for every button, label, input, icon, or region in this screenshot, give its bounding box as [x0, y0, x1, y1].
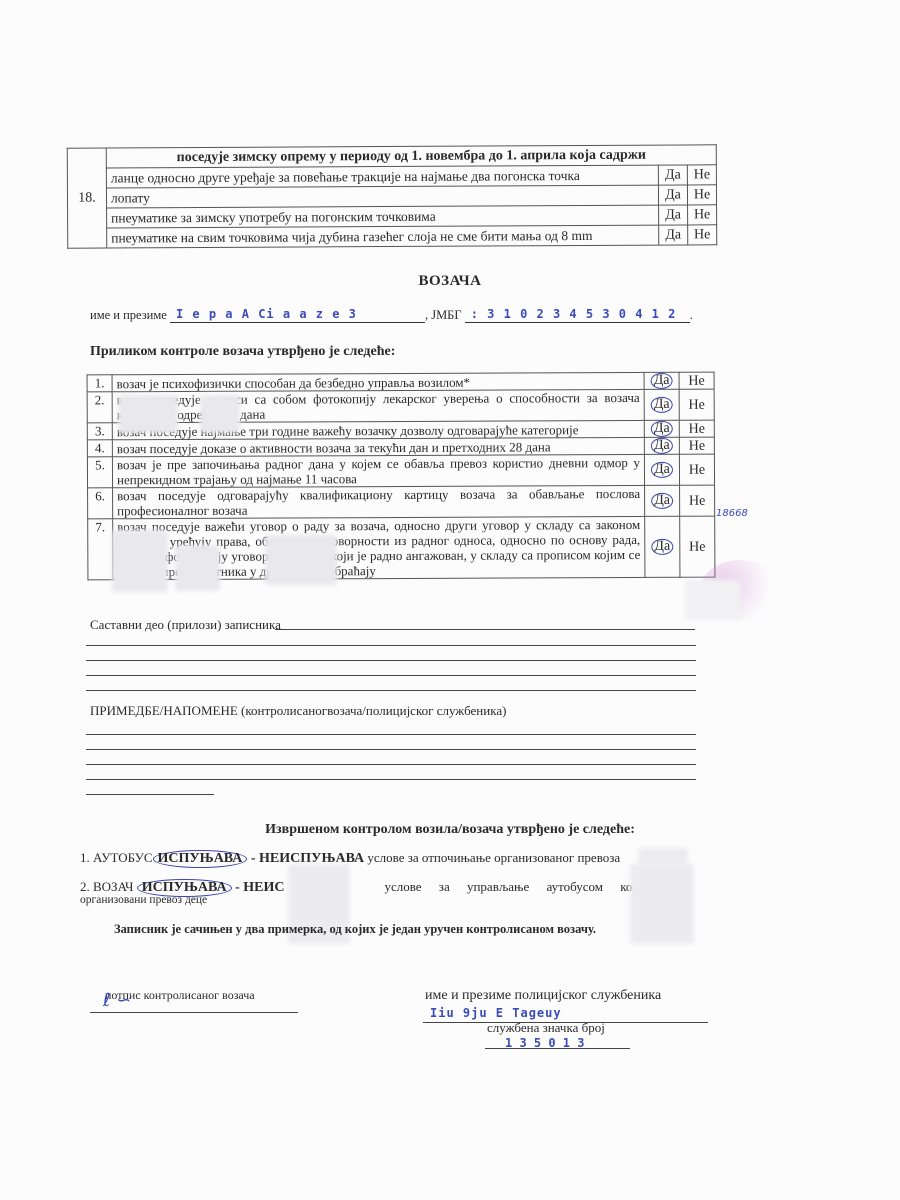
- yes-option[interactable]: Да: [659, 205, 688, 225]
- no-option[interactable]: Не: [688, 205, 717, 225]
- yes-circled: Да: [651, 438, 673, 454]
- check-number: 3.: [87, 423, 112, 440]
- closing-statement: Записник је сачињен у два примерка, од к…: [114, 922, 596, 937]
- finding-driver-suffix: услове за управљање аутобусом којим: [384, 879, 651, 894]
- name-value: I e p a A Ci a a z e 3: [176, 307, 357, 321]
- item-number: 18.: [67, 148, 107, 248]
- attachments-label: Саставни део (прилози) записника: [90, 617, 281, 633]
- no-option[interactable]: Не: [680, 516, 715, 577]
- no-option[interactable]: Не: [687, 165, 716, 185]
- document-page: 18. поседује зимску опрему у периоду од …: [0, 0, 900, 1200]
- finding-bus-suffix: услове за отпочињање организованог прево…: [364, 850, 620, 865]
- finding-driver-prefix: 2. ВОЗАЧ: [80, 879, 137, 894]
- yes-circled: Да: [651, 462, 673, 478]
- check-number: 2.: [87, 392, 112, 423]
- finding-bus: 1. АУТОБУСИСПУЊАВА - НЕИСПУЊАВА услове з…: [80, 850, 620, 868]
- jmbg-value: : 3 1 0 2 3 4 5 3 0 4 1 2: [471, 307, 677, 321]
- redaction: [175, 545, 220, 591]
- yes-option[interactable]: Да: [644, 372, 679, 389]
- yes-option[interactable]: Да: [659, 225, 688, 245]
- jmbg-field[interactable]: : 3 1 0 2 3 4 5 3 0 4 1 2: [465, 306, 690, 323]
- redaction: [112, 530, 168, 592]
- jmbg-label: , ЈМБГ: [425, 308, 462, 322]
- findings-title: Извршеном контролом возила/возача утврђе…: [0, 822, 900, 838]
- badge-line[interactable]: [485, 1048, 630, 1049]
- option-fulfills-selected[interactable]: ИСПУЊАВА: [153, 850, 248, 868]
- redaction: [630, 864, 694, 944]
- remarks-label: ПРИМЕДБЕ/НАПОМЕНЕ (контролисаногвозача/п…: [90, 703, 506, 719]
- table-row: пнеуматике на свим точковима чија дубина…: [68, 225, 717, 248]
- officer-name-value: Iiu 9ju E Tageuy: [430, 1006, 562, 1020]
- yes-option[interactable]: Да: [658, 185, 687, 205]
- yes-circled: Да: [651, 397, 673, 413]
- officer-name-label: име и презиме полицијског службеника: [425, 988, 661, 1004]
- yes-circled: Да: [651, 493, 673, 509]
- redaction: [200, 395, 240, 433]
- redaction: [118, 395, 178, 433]
- no-option[interactable]: Не: [679, 454, 714, 485]
- check-text: возач поседује одговарајућу квалификацио…: [113, 485, 645, 518]
- finding-bus-prefix: 1. АУТОБУС: [80, 850, 153, 865]
- yes-circled: Да: [651, 373, 673, 389]
- check-number: 4.: [87, 440, 112, 457]
- yes-option[interactable]: Да: [644, 454, 679, 485]
- separator: -: [247, 851, 259, 866]
- winter-equipment-table: 18. поседује зимску опрему у периоду од …: [67, 144, 718, 248]
- no-option[interactable]: Не: [679, 437, 714, 454]
- redaction: [265, 535, 337, 585]
- check-text: возач је пре започињања радног дана у ко…: [112, 454, 644, 487]
- check-number: 5.: [87, 457, 112, 488]
- driver-identity-row: име и презиме I e p a A Ci a a z e 3 , Ј…: [90, 306, 693, 323]
- table-row: 6.возач поседује одговарајућу квалификац…: [88, 485, 715, 519]
- section-title: ВОЗАЧА: [0, 273, 900, 290]
- yes-circled: Да: [651, 421, 673, 437]
- no-option[interactable]: Не: [679, 389, 714, 420]
- no-option[interactable]: Не: [679, 372, 714, 389]
- yes-circled: Да: [651, 539, 673, 555]
- driver-signature: ℓ ∽: [103, 990, 131, 1011]
- yes-option[interactable]: Да: [644, 389, 679, 420]
- badge-label: службена значка број: [487, 1020, 605, 1036]
- yes-option[interactable]: Да: [645, 516, 680, 577]
- yes-option[interactable]: Да: [658, 165, 687, 185]
- table-row: 5.возач је пре започињања радног дана у …: [87, 454, 714, 488]
- driver-signature-line[interactable]: [90, 1012, 298, 1013]
- name-field[interactable]: I e p a A Ci a a z e 3: [170, 306, 425, 323]
- no-option[interactable]: Не: [679, 420, 714, 437]
- no-option[interactable]: Не: [687, 185, 716, 205]
- separator: -: [232, 880, 244, 895]
- table-row: 2.возач поседује и носи са собом фотокоп…: [87, 389, 714, 423]
- check-number: 1.: [87, 375, 112, 392]
- no-option[interactable]: Не: [680, 485, 715, 516]
- check-text: возач поседује и носи са собом фотокопиј…: [112, 389, 644, 422]
- yes-option[interactable]: Да: [644, 437, 679, 454]
- no-option[interactable]: Не: [688, 225, 717, 245]
- driver-checks-subtitle: Приликом контроле возача утврђено је сле…: [90, 344, 395, 360]
- finding-driver-continued: организовани превоз деце: [80, 894, 207, 906]
- yes-option[interactable]: Да: [644, 420, 679, 437]
- name-label: име и презиме: [90, 308, 167, 322]
- option-not-fulfills[interactable]: НЕИС: [243, 880, 284, 895]
- margin-note: 18668: [716, 508, 748, 519]
- yes-option[interactable]: Да: [645, 485, 680, 516]
- row-text: пнеуматике на свим точковима чија дубина…: [107, 225, 659, 248]
- check-number: 7.: [88, 519, 113, 580]
- redaction: [685, 580, 740, 620]
- check-number: 6.: [88, 488, 113, 519]
